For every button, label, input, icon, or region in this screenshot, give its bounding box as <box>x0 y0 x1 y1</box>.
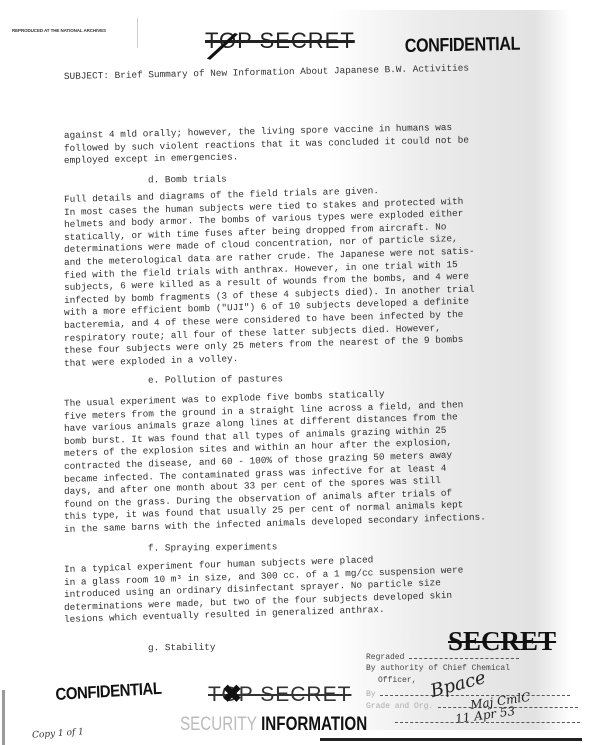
confidential-stamp-bottom: CONFIDENTIAL <box>55 679 162 705</box>
section-heading: d. Bomb trials <box>148 174 227 186</box>
copy-note: Copy 1 of 1 <box>32 727 85 741</box>
section-heading: e. Pollution of pastures <box>148 373 283 385</box>
regrade-line-regraded: Regraded <box>366 653 519 662</box>
archive-divider <box>137 18 138 48</box>
body-line: employed except in emergencies. <box>64 152 239 167</box>
archive-label: REPRODUCED AT THE NATIONAL ARCHIVES <box>12 28 106 33</box>
regrade-line-authority: By authority of Chief Chemical <box>366 664 510 673</box>
left-edge-mark <box>2 690 5 745</box>
section-heading: f. Spraying experiments <box>148 541 278 553</box>
strike-x-icon-bottom: ✖ <box>222 680 242 709</box>
document-page: REPRODUCED AT THE NATIONAL ARCHIVES TOP … <box>0 0 600 745</box>
scan-shading <box>330 10 570 730</box>
confidential-stamp-top: CONFIDENTIAL <box>405 34 520 58</box>
body-line: that were exploded in a volley. <box>64 353 239 369</box>
bottom-edge-rule <box>320 738 582 741</box>
security-information-stamp: SECURITY INFORMATION <box>180 714 367 736</box>
section-heading: g. Stability <box>148 642 216 654</box>
regrade-line-officer: Officer, <box>378 676 416 685</box>
